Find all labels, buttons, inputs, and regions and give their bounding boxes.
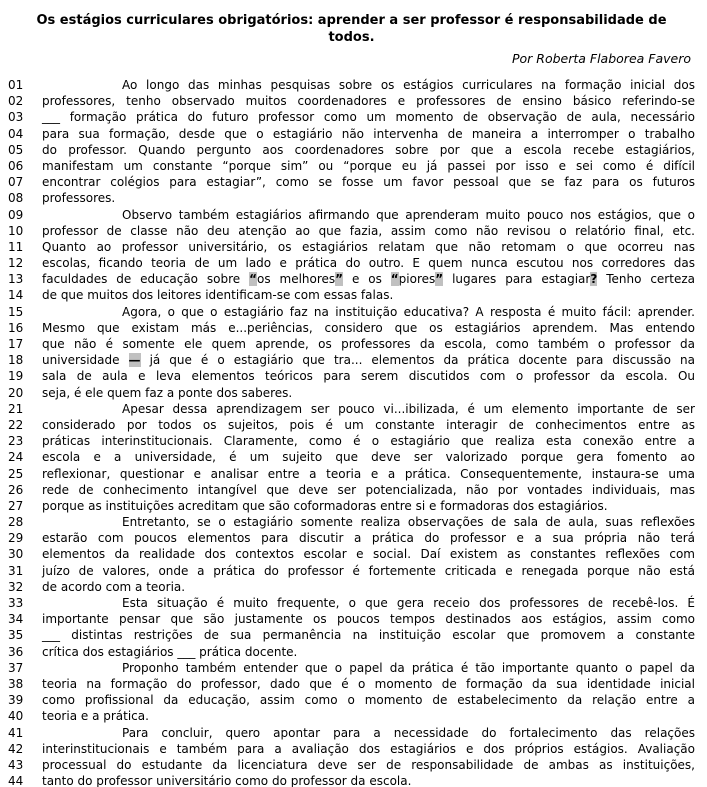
- text-line: 14de que muitos dos leitores identificam…: [8, 287, 695, 303]
- line-text: sala de aula e leva elementos teóricos p…: [42, 368, 695, 384]
- line-number: 23: [8, 433, 42, 449]
- highlighted-char: “: [249, 272, 257, 286]
- text-line: 35___ distintas restrições de sua perman…: [8, 627, 695, 643]
- line-text: rede de conhecimento intangível que deve…: [42, 482, 695, 498]
- line-number: 28: [8, 514, 42, 530]
- line-number: 20: [8, 385, 42, 401]
- line-number: 30: [8, 546, 42, 562]
- line-text: que não é somente ele quem aprende, os p…: [42, 336, 695, 352]
- text-line: 01Ao longo das minhas pesquisas sobre os…: [8, 77, 695, 93]
- line-text: professor de classe não deu atenção ao q…: [42, 223, 695, 239]
- author-byline: Por Roberta Flaborea Favero: [8, 51, 691, 66]
- line-number: 19: [8, 368, 42, 384]
- line-number: 21: [8, 401, 42, 417]
- text-line: 03___ formação prática do futuro profess…: [8, 109, 695, 125]
- highlighted-char: “: [391, 272, 399, 286]
- text-line: 33Esta situação é muito frequente, o que…: [8, 595, 695, 611]
- line-text: Agora, o que o estagiário faz na institu…: [42, 304, 695, 320]
- line-text: práticas interinstitucionais. Claramente…: [42, 433, 695, 449]
- line-number: 31: [8, 563, 42, 579]
- text-line: 15Agora, o que o estagiário faz na insti…: [8, 304, 695, 320]
- text-line: 22considerado por todos os sujeitos, poi…: [8, 417, 695, 433]
- page-title: Os estágios curriculares obrigatórios: a…: [8, 12, 695, 46]
- line-number: 25: [8, 466, 42, 482]
- line-text: professores.: [42, 190, 695, 206]
- line-text: encontrar colégios para estagiar”, como …: [42, 174, 695, 190]
- text-line: 11Quanto ao professor universitário, os …: [8, 239, 695, 255]
- line-text: Entretanto, se o estagiário somente real…: [42, 514, 695, 530]
- line-number: 14: [8, 287, 42, 303]
- line-number: 17: [8, 336, 42, 352]
- text-line: 20seja, é ele quem faz a ponte dos saber…: [8, 385, 695, 401]
- text-line: 41Para concluir, quero apontar para a ne…: [8, 725, 695, 741]
- line-text: juízo de valores, onde a prática do prof…: [42, 563, 695, 579]
- text-line: 21Apesar dessa aprendizagem ser pouco vi…: [8, 401, 695, 417]
- text-line: 05do professor. Quando pergunto aos coor…: [8, 142, 695, 158]
- line-number: 34: [8, 611, 42, 627]
- line-number: 12: [8, 255, 42, 271]
- text-line: 07encontrar colégios para estagiar”, com…: [8, 174, 695, 190]
- highlighted-char: ”: [435, 272, 443, 286]
- text-line: 31juízo de valores, onde a prática do pr…: [8, 563, 695, 579]
- line-text: de que muitos dos leitores identificam-s…: [42, 287, 695, 303]
- line-number: 06: [8, 158, 42, 174]
- line-number: 09: [8, 207, 42, 223]
- text-line: 18universidade — já que é o estagiário q…: [8, 352, 695, 368]
- line-number: 41: [8, 725, 42, 741]
- line-text: considerado por todos os sujeitos, pois …: [42, 417, 695, 433]
- line-text: interinstitucionais e também para a aval…: [42, 741, 695, 757]
- line-number: 02: [8, 93, 42, 109]
- text-line: 02professores, tenho observado muitos co…: [8, 93, 695, 109]
- line-text: Esta situação é muito frequente, o que g…: [42, 595, 695, 611]
- line-number: 33: [8, 595, 42, 611]
- text-line: 32de acordo com a teoria.: [8, 579, 695, 595]
- text-line: 40teoria e a prática.: [8, 708, 695, 724]
- text-line: 29estarão com poucos elementos para disc…: [8, 530, 695, 546]
- line-text: ___ formação prática do futuro professor…: [42, 109, 695, 125]
- line-number: 16: [8, 320, 42, 336]
- text-line: 16Mesmo que existam más e...periências, …: [8, 320, 695, 336]
- text-line: 12escolas, ficando teoria de um lado e p…: [8, 255, 695, 271]
- line-number: 18: [8, 352, 42, 368]
- line-number: 38: [8, 676, 42, 692]
- line-number: 22: [8, 417, 42, 433]
- line-text: Ao longo das minhas pesquisas sobre os e…: [42, 77, 695, 93]
- line-text: como profissional da educação, assim com…: [42, 692, 695, 708]
- line-number: 35: [8, 627, 42, 643]
- text-line: 36crítica dos estagiários ___ prática do…: [8, 644, 695, 660]
- line-text: reflexionar, questionar e analisar entre…: [42, 466, 695, 482]
- line-number: 29: [8, 530, 42, 546]
- document-body: 01Ao longo das minhas pesquisas sobre os…: [8, 77, 695, 787]
- line-number: 39: [8, 692, 42, 708]
- text-line: 34importante pensar que são justamente o…: [8, 611, 695, 627]
- line-text: porque as instituições acreditam que são…: [42, 498, 695, 514]
- line-text: Observo também estagiários afirmando que…: [42, 207, 695, 223]
- line-number: 24: [8, 449, 42, 465]
- line-text: tanto do professor universitário como do…: [42, 773, 695, 787]
- text-line: 25reflexionar, questionar e analisar ent…: [8, 466, 695, 482]
- highlighted-char: ”: [335, 272, 343, 286]
- line-text: escola e a universidade, é um sujeito qu…: [42, 449, 695, 465]
- line-number: 26: [8, 482, 42, 498]
- line-number: 03: [8, 109, 42, 125]
- text-line: 10professor de classe não deu atenção ao…: [8, 223, 695, 239]
- line-text: Apesar dessa aprendizagem ser pouco vi..…: [42, 401, 695, 417]
- line-number: 07: [8, 174, 42, 190]
- line-number: 43: [8, 757, 42, 773]
- line-number: 32: [8, 579, 42, 595]
- line-text: Quanto ao professor universitário, os es…: [42, 239, 695, 255]
- text-line: 28Entretanto, se o estagiário somente re…: [8, 514, 695, 530]
- line-number: 11: [8, 239, 42, 255]
- line-number: 10: [8, 223, 42, 239]
- line-text: universidade — já que é o estagiário que…: [42, 352, 695, 368]
- line-number: 15: [8, 304, 42, 320]
- line-text: importante pensar que são justamente os …: [42, 611, 695, 627]
- line-text: manifestam um constante “porque sim” ou …: [42, 158, 695, 174]
- line-number: 01: [8, 77, 42, 93]
- line-text: faculdades de educação sobre “os melhore…: [42, 271, 695, 287]
- text-line: 09Observo também estagiários afirmando q…: [8, 207, 695, 223]
- line-text: do professor. Quando pergunto aos coorde…: [42, 142, 695, 158]
- text-line: 30elementos da realidade dos contextos e…: [8, 546, 695, 562]
- line-text: seja, é ele quem faz a ponte dos saberes…: [42, 385, 695, 401]
- line-text: professores, tenho observado muitos coor…: [42, 93, 695, 109]
- text-line: 06manifestam um constante “porque sim” o…: [8, 158, 695, 174]
- line-number: 37: [8, 660, 42, 676]
- line-number: 40: [8, 708, 42, 724]
- text-line: 13faculdades de educação sobre “os melho…: [8, 271, 695, 287]
- line-text: elementos da realidade dos contextos esc…: [42, 546, 695, 562]
- text-line: 42interinstitucionais e também para a av…: [8, 741, 695, 757]
- text-line: 24escola e a universidade, é um sujeito …: [8, 449, 695, 465]
- line-number: 27: [8, 498, 42, 514]
- text-line: 26rede de conhecimento intangível que de…: [8, 482, 695, 498]
- text-line: 27porque as instituições acreditam que s…: [8, 498, 695, 514]
- line-text: escolas, ficando teoria de um lado e prá…: [42, 255, 695, 271]
- line-number: 36: [8, 644, 42, 660]
- text-line: 39como profissional da educação, assim c…: [8, 692, 695, 708]
- line-text: estarão com poucos elementos para discut…: [42, 530, 695, 546]
- line-text: de acordo com a teoria.: [42, 579, 695, 595]
- line-text: Para concluir, quero apontar para a nece…: [42, 725, 695, 741]
- line-number: 42: [8, 741, 42, 757]
- text-line: 08professores.: [8, 190, 695, 206]
- line-number: 44: [8, 773, 42, 787]
- text-line: 38teoria na formação do professor, dado …: [8, 676, 695, 692]
- document-page: Os estágios curriculares obrigatórios: a…: [0, 0, 707, 787]
- line-text: ___ distintas restrições de sua permanên…: [42, 627, 695, 643]
- line-number: 08: [8, 190, 42, 206]
- text-line: 44tanto do professor universitário como …: [8, 773, 695, 787]
- page-title-line-1: Os estágios curriculares obrigatórios: a…: [8, 12, 695, 29]
- line-text: Proponho também entender que o papel da …: [42, 660, 695, 676]
- line-number: 05: [8, 142, 42, 158]
- text-line: 43processual do estudante da licenciatur…: [8, 757, 695, 773]
- text-line: 23práticas interinstitucionais. Claramen…: [8, 433, 695, 449]
- text-line: 37Proponho também entender que o papel d…: [8, 660, 695, 676]
- highlighted-char: —: [129, 353, 141, 367]
- line-text: processual do estudante da licenciatura …: [42, 757, 695, 773]
- text-line: 04para sua formação, desde que o estagiá…: [8, 126, 695, 142]
- line-text: crítica dos estagiários ___ prática doce…: [42, 644, 695, 660]
- line-text: teoria e a prática.: [42, 708, 695, 724]
- line-number: 04: [8, 126, 42, 142]
- line-number: 13: [8, 271, 42, 287]
- page-title-line-2: todos.: [8, 29, 695, 46]
- text-line: 19sala de aula e leva elementos teóricos…: [8, 368, 695, 384]
- line-text: teoria na formação do professor, dado qu…: [42, 676, 695, 692]
- line-text: Mesmo que existam más e...periências, co…: [42, 320, 695, 336]
- line-text: para sua formação, desde que o estagiári…: [42, 126, 695, 142]
- text-line: 17que não é somente ele quem aprende, os…: [8, 336, 695, 352]
